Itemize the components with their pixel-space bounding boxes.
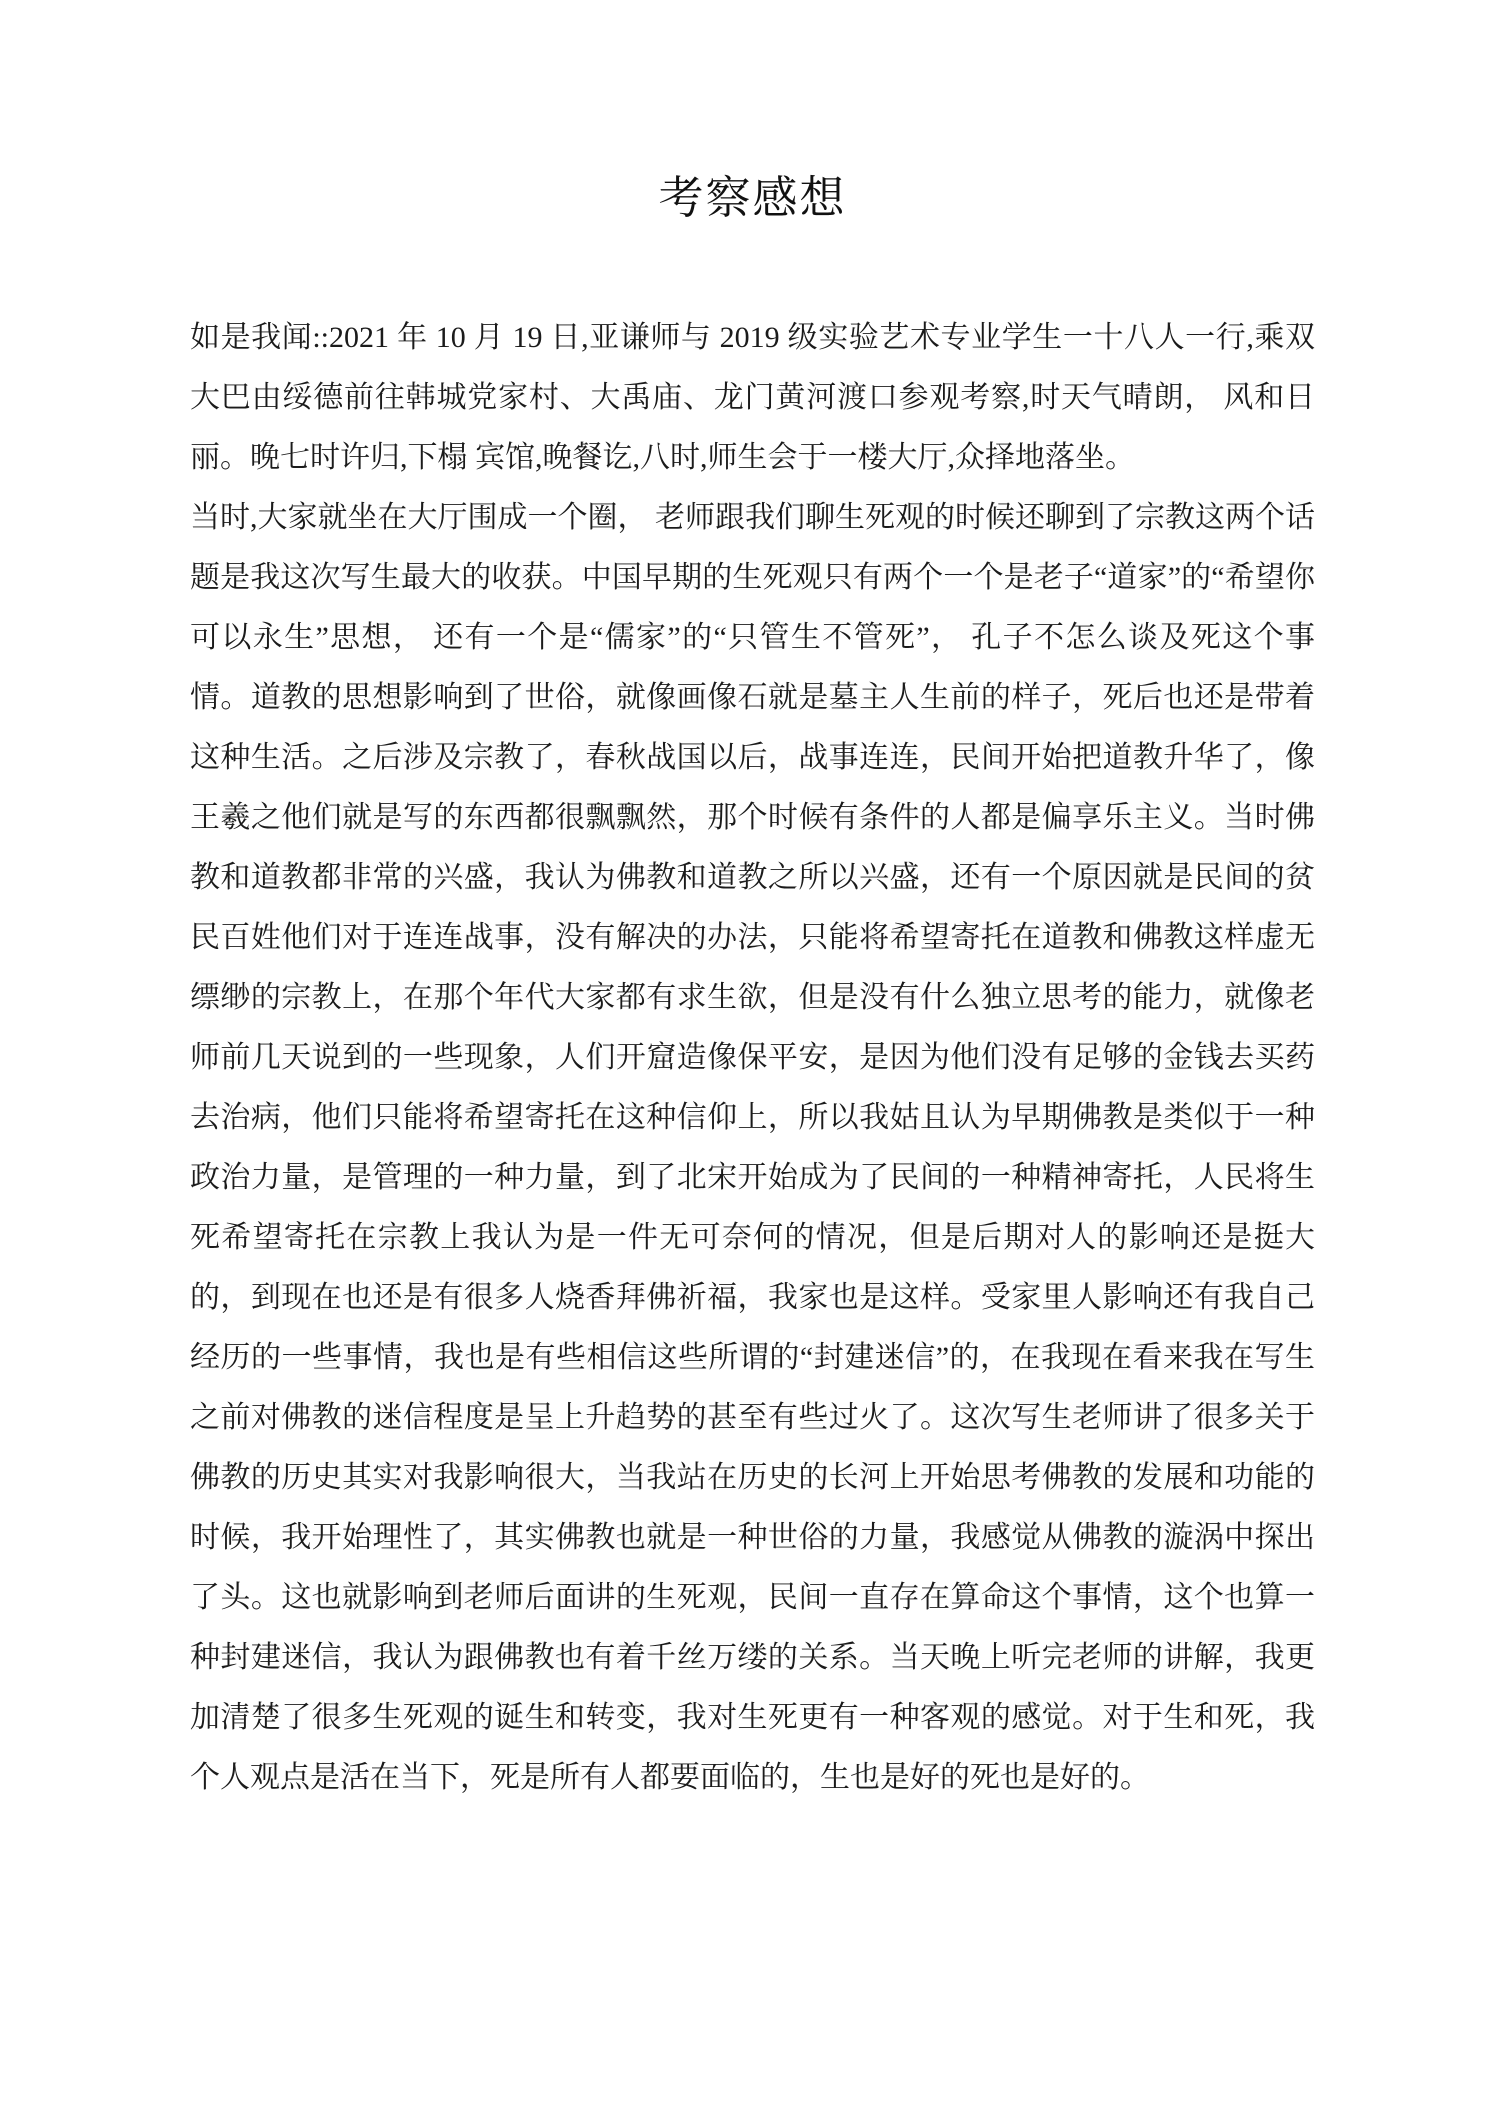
document-body: 如是我闻::2021 年 10 月 19 日,亚谦师与 2019 级实验艺术专业… <box>190 308 1315 1808</box>
document-page: 考察感想 如是我闻::2021 年 10 月 19 日,亚谦师与 2019 级实… <box>0 0 1500 2122</box>
document-title: 考察感想 <box>190 170 1315 226</box>
paragraph-intro: 如是我闻::2021 年 10 月 19 日,亚谦师与 2019 级实验艺术专业… <box>190 308 1315 488</box>
paragraph-reflection: 当时,大家就坐在大厅围成一个圈， 老师跟我们聊生死观的时候还聊到了宗教这两个话题… <box>190 488 1315 1808</box>
